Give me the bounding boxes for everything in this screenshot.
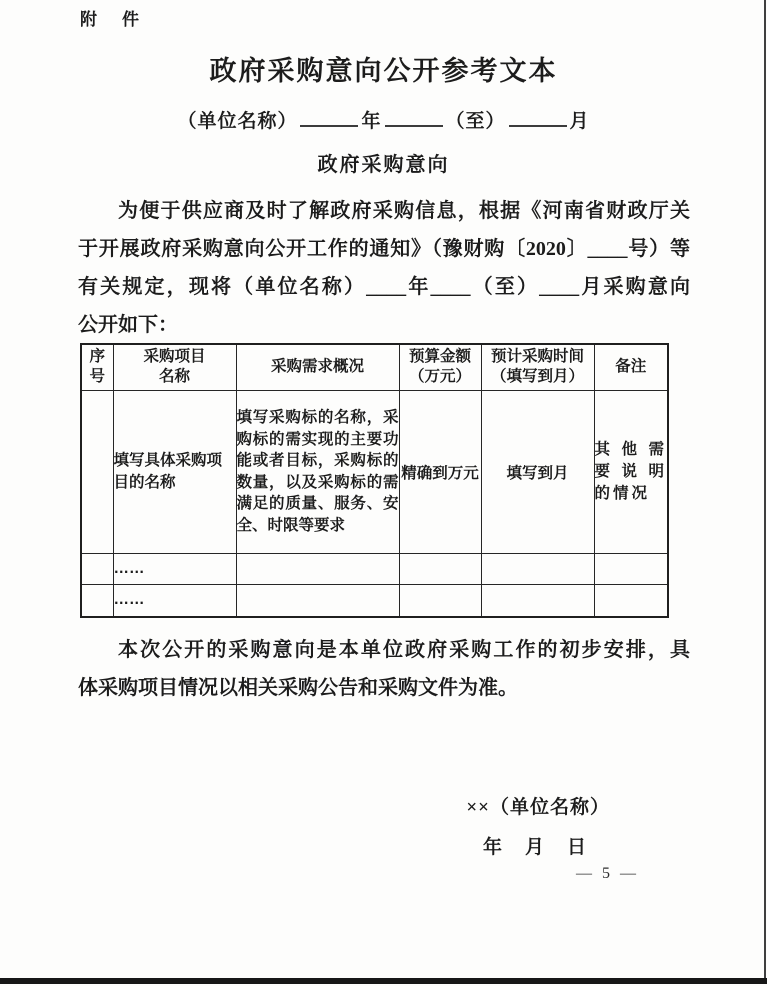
intro-line-3: 有关规定，现将（单位名称）____年____（至）____月采购意向 — [78, 268, 690, 306]
col-header-purchase-time: 预计采购时间 （填写到月） — [481, 344, 594, 390]
subtitle-line: （单位名称）年（至）月 — [0, 106, 767, 133]
cell-demand-overview — [236, 553, 399, 584]
cell-demand-overview — [236, 584, 399, 617]
cell-remarks: 其他需要说明的情况 — [594, 390, 668, 553]
table-row: 填写具体采购项目的名称 填写采购标的名称，采购标的需实现的主要功能或者目标，采购… — [81, 390, 668, 553]
signature-unit: ××（单位名称） — [0, 792, 610, 819]
cell-project-name: …… — [113, 584, 236, 617]
table-row: …… — [81, 584, 668, 617]
subtitle-year-label: 年 — [361, 111, 381, 132]
cell-budget — [399, 584, 481, 617]
cell-purchase-time — [481, 584, 594, 617]
cell-project-name: 填写具体采购项目的名称 — [113, 390, 236, 553]
cell-seq-no — [81, 584, 113, 617]
signature-date: 年 月 日 — [483, 832, 588, 859]
attachment-label: 附 件 — [80, 5, 143, 30]
document-title: 政府采购意向公开参考文本 — [0, 49, 767, 88]
col-header-seq-no: 序号 — [81, 344, 113, 390]
intro-paragraph: 为便于供应商及时了解政府采购信息，根据《河南省财政厅关 于开展政府采购意向公开工… — [78, 192, 690, 344]
blank-line — [509, 106, 567, 127]
page-number: — 5 — — [576, 865, 639, 883]
col-header-project-name: 采购项目 名称 — [113, 344, 236, 390]
col-header-budget: 预算金额 （万元） — [399, 344, 481, 390]
closing-line-2: 体采购项目情况以相关采购公告和采购文件为准。 — [78, 669, 690, 707]
cell-demand-overview: 填写采购标的名称，采购标的需实现的主要功能或者目标，采购标的数量，以及采购标的需… — [236, 390, 399, 553]
intro-line-1: 为便于供应商及时了解政府采购信息，根据《河南省财政厅关 — [78, 192, 690, 230]
cell-remarks — [594, 553, 668, 584]
cell-purchase-time — [481, 553, 594, 584]
cell-budget — [399, 553, 481, 584]
subtitle-unit-label: （单位名称） — [177, 111, 297, 132]
closing-line-1: 本次公开的采购意向是本单位政府采购工作的初步安排，具 — [78, 631, 690, 669]
table-row: …… — [81, 553, 668, 584]
cell-seq-no — [81, 553, 113, 584]
scan-bottom-border — [0, 978, 767, 984]
cell-remarks — [594, 584, 668, 617]
subtitle-to-label: （至） — [446, 111, 506, 132]
intro-line-2: 于开展政府采购意向公开工作的通知》（豫财购〔2020〕____号）等 — [78, 230, 690, 268]
section-heading: 政府采购意向 — [0, 148, 767, 177]
cell-project-name: …… — [113, 553, 236, 584]
scan-right-border — [764, 0, 766, 979]
blank-line — [385, 106, 443, 127]
closing-paragraph: 本次公开的采购意向是本单位政府采购工作的初步安排，具 体采购项目情况以相关采购公… — [78, 631, 690, 707]
cell-seq-no — [81, 390, 113, 553]
intro-line-4: 公开如下： — [78, 306, 690, 344]
col-header-demand-overview: 采购需求概况 — [236, 344, 399, 390]
document-page: 附 件 政府采购意向公开参考文本 （单位名称）年（至）月 政府采购意向 为便于供… — [0, 0, 767, 986]
col-header-remarks: 备注 — [594, 344, 668, 390]
table-header-row: 序号 采购项目 名称 采购需求概况 预算金额 （万元） 预计采购时间 （填写到月… — [81, 344, 668, 390]
cell-purchase-time: 填写到月 — [481, 390, 594, 553]
procurement-intent-table-wrap: 序号 采购项目 名称 采购需求概况 预算金额 （万元） 预计采购时间 （填写到月… — [80, 343, 669, 618]
subtitle-month-label: 月 — [570, 111, 590, 132]
blank-line — [300, 106, 358, 127]
procurement-intent-table: 序号 采购项目 名称 采购需求概况 预算金额 （万元） 预计采购时间 （填写到月… — [80, 343, 669, 618]
cell-budget: 精确到万元 — [399, 390, 481, 553]
